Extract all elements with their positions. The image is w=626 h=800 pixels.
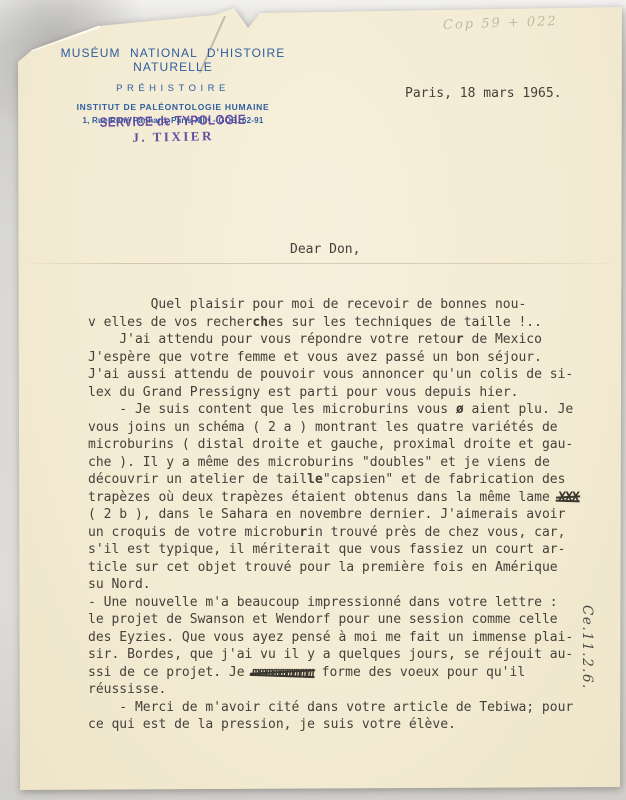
line-text: réussisse.	[88, 682, 166, 697]
letter-line: microburins ( distal droite et gauche, p…	[88, 436, 593, 454]
line-text: un croquis de votre microbu	[88, 525, 299, 540]
line-text: J'ai aussi attendu de pouvoir vous annon…	[88, 367, 573, 382]
line-text: che ). Il y a même des microburins "doub…	[88, 455, 550, 470]
line-text: découvrir un atelier de tail	[88, 472, 307, 487]
letter-line: réussisse.	[88, 681, 593, 699]
line-text: lex du Grand Pressigny est parti pour vo…	[88, 385, 518, 400]
letter-line: trapèzes où deux trapèzes étaient obtenu…	[88, 489, 593, 507]
scanned-letter-scene: Cop 59 + 022 MUSÉUM NATIONAL D'HISTOIRE …	[0, 0, 626, 800]
letter-line: s'il est typique, il mériterait que vous…	[88, 541, 593, 559]
line-text: ssi de ce projet. Je	[88, 665, 252, 680]
line-text: forme des voeux pour qu'il	[314, 665, 525, 680]
letter-line: v elles de vos recherches sur les techni…	[88, 314, 593, 332]
letter-line: - Merci de m'avoir cité dans votre artic…	[88, 699, 593, 717]
letter-line: ce qui est de la pression, je suis votre…	[88, 716, 593, 734]
ink-stamp: SERVICE de TYPOLOGIE J. TIXIER	[28, 111, 319, 148]
letter-line: J'espère que votre femme et vous avez pa…	[88, 349, 593, 367]
letter-line: ssi de ce projet. Je mmmmmmmmm forme des…	[88, 664, 593, 682]
letter-line: - Une nouvelle m'a beaucoup impressionné…	[88, 594, 593, 612]
letter-line: lex du Grand Pressigny est parti pour vo…	[88, 384, 593, 402]
pencil-inventory-note: Cop 59 + 022	[443, 14, 558, 33]
letter-line: découvrir un atelier de taille"capsien" …	[88, 471, 593, 489]
letter-line: un croquis de votre microburin trouvé pr…	[88, 524, 593, 542]
line-text: ticle sur cet objet trouvé pour la premi…	[88, 560, 558, 575]
line-text: es sur les techniques de taille !..	[268, 315, 542, 330]
letter-paper: Cop 59 + 022 MUSÉUM NATIONAL D'HISTOIRE …	[18, 6, 622, 790]
letter-line: che ). Il y a même des microburins "doub…	[88, 454, 593, 472]
letter-line: le projet de Swanson et Wendorf pour une…	[88, 611, 593, 629]
letter-line: des Eyzies. Que vous ayez pensé à moi me…	[88, 629, 593, 647]
line-text: des Eyzies. Que vous ayez pensé à moi me…	[88, 630, 573, 645]
line-text: - Une nouvelle m'a beaucoup impressionné…	[88, 595, 558, 610]
line-text: ce qui est de la pression, je suis votre…	[88, 717, 456, 732]
line-text: trapèzes où deux trapèzes étaient obtenu…	[88, 490, 558, 505]
letter-line: ( 2 b ), dans le Sahara en novembre dern…	[88, 506, 593, 524]
letterhead-institution: MUSÉUM NATIONAL D'HISTOIRE NATURELLE	[28, 46, 318, 74]
line-text: vous joins un schéma ( 2 a ) montrant le…	[88, 420, 558, 435]
line-text: aient plu. Je	[464, 402, 574, 417]
overstruck-text: ø	[456, 402, 464, 417]
letter-line: sir. Bordes, que j'ai vu il y a quelques…	[88, 646, 593, 664]
line-text: microburins ( distal droite et gauche, p…	[88, 437, 573, 452]
archive-margin-note: Ce.11.2.6.	[579, 605, 595, 755]
letterhead-department: PRÉHISTOIRE	[28, 83, 318, 94]
letter-line: su Nord.	[88, 576, 593, 594]
line-text: de Mexico	[464, 332, 542, 347]
horizontal-fold-crease	[18, 263, 622, 264]
line-text: - Merci de m'avoir cité dans votre artic…	[119, 700, 573, 715]
line-text: J'espère que votre femme et vous avez pa…	[88, 350, 542, 365]
line-text: su Nord.	[88, 577, 151, 592]
line-text: J'ai attendu pour vous répondre votre re…	[119, 332, 456, 347]
date-line: Paris, 18 mars 1965.	[405, 86, 562, 101]
line-text: Quel plaisir pour moi de recevoir de bon…	[151, 297, 527, 312]
overstruck-text: mmmmmmmmm	[251, 664, 314, 682]
line-text: "capsien" et de fabrication des	[323, 472, 566, 487]
letter-line: - Je suis content que les microburins vo…	[88, 401, 593, 419]
line-text: - Je suis content que les microburins vo…	[119, 402, 456, 417]
line-text: v elles de vos recher	[88, 315, 252, 330]
line-text: sir. Bordes, que j'ai vu il y a quelques…	[88, 647, 573, 662]
letter-line: ticle sur cet objet trouvé pour la premi…	[88, 559, 593, 577]
line-text: s'il est typique, il mériterait que vous…	[88, 542, 565, 557]
overstruck-text: le	[307, 472, 323, 487]
salutation: Dear Don,	[290, 242, 360, 257]
letter-line: Quel plaisir pour moi de recevoir de bon…	[88, 296, 593, 314]
letter-line: vous joins un schéma ( 2 a ) montrant le…	[88, 419, 593, 437]
overstruck-text: ch	[252, 315, 268, 330]
overstruck-text: r	[299, 525, 307, 540]
line-text: le projet de Swanson et Wendorf pour une…	[88, 612, 558, 627]
line-text: ( 2 b ), dans le Sahara en novembre dern…	[88, 507, 565, 522]
letter-line: J'ai attendu pour vous répondre votre re…	[88, 331, 593, 349]
letter-line: J'ai aussi attendu de pouvoir vous annon…	[88, 366, 593, 384]
line-text: in trouvé près de chez vous, car,	[307, 525, 565, 540]
overstruck-text: XXX	[557, 489, 579, 507]
letter-body: Quel plaisir pour moi de recevoir de bon…	[88, 296, 593, 734]
letter-paper-wrapper: Cop 59 + 022 MUSÉUM NATIONAL D'HISTOIRE …	[0, 0, 626, 800]
overstruck-text: r	[456, 332, 464, 347]
